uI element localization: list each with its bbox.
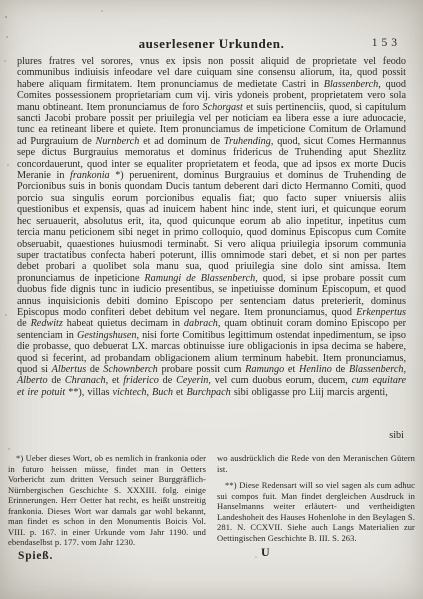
running-header: auserlesener Urkunden. 153: [0, 36, 423, 52]
footnote-column-left: *) Ueber dieses Wort, ob es nemlich in f…: [8, 453, 206, 561]
footnote-section: *) Ueber dieses Wort, ob es nemlich in f…: [8, 453, 415, 561]
footnote-column-right: wo ausdrücklich die Rede von den Meranis…: [217, 453, 415, 561]
signature-mark: U: [261, 547, 415, 558]
page-number: 153: [372, 37, 401, 49]
catchword: sibi: [389, 430, 404, 441]
main-text: plures fratres vel sorores, vnus ex ipsi…: [17, 56, 406, 398]
footnote-double-asterisk: **) Diese Redensart will so viel sagen a…: [217, 480, 415, 543]
paper-specks: [5, 16, 7, 18]
header-title: auserlesener Urkunden.: [0, 36, 423, 52]
editor-signature: Spieß.: [18, 551, 206, 562]
book-page: auserlesener Urkunden. 153 plures fratre…: [0, 0, 423, 599]
footnote-asterisk: *) Ueber dieses Wort, ob es nemlich in f…: [8, 453, 206, 548]
footnote-continuation: wo ausdrücklich die Rede von den Meranis…: [217, 453, 415, 474]
